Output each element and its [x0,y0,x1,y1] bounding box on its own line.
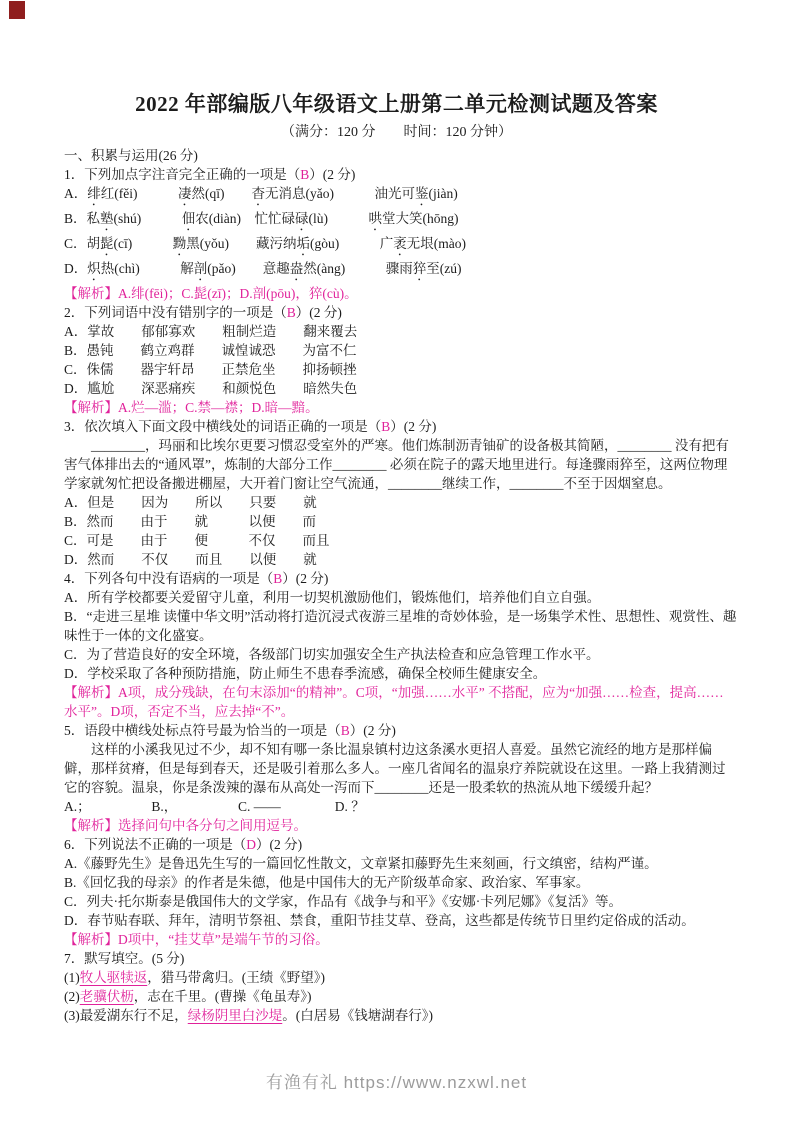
text-segment: ，猎马带禽归。(王绩《野望》) [147,970,325,985]
text-segment: 红(fěi) [101,186,178,201]
text-segment: C．为了营造良好的安全环境，各级部门切实加强安全生产执法检查和应急管理工作水平。 [64,647,600,662]
q3-passage: ________，玛丽和比埃尔更要习惯忍受室外的严寒。他们炼制沥青铀矿的设备极其… [64,436,737,493]
text-segment: (2) [64,989,80,1004]
answer-text: 【解析】A.绯(fēi)；C.髭(zī)；D.剖(pōu)，猝(cù)。 [64,286,358,301]
text-segment: 无消息(yǎo) 油光可 [265,186,415,201]
text-segment: 1．下列加点字注音完全正确的一项是（ [64,167,300,182]
text-segment: (pǎo) 意趣 [207,261,289,276]
text-segment: 。(白居易《钱塘湖春行》) [282,1008,433,1023]
q3-option-c: C．可是 由于 便 不仅 而且 [64,531,737,550]
emphasized-char: 炽 [87,261,101,276]
emphasized-char: 碌 [295,211,309,226]
answer-text: 【解析】A项，成分残缺，在句末添加“的精神”。C项，“加强……水平” 不搭配，应… [64,685,724,719]
text-segment: (gòu) 广 [310,236,393,251]
answer-text: 【解析】A.烂—滥；C.禁—襟；D.暗—黯。 [64,400,319,415]
text-segment: 然(qī) [191,186,251,201]
text-segment: ）(2 分) [282,571,328,586]
text-segment: (3)最爱湖东行不足， [64,1008,188,1023]
answer-text: B [381,419,390,434]
text-segment: 7．默写填空。(5 分) [64,951,184,966]
text-segment: A.《藤野先生》是鲁迅先生写的一篇回忆性散文，文章紧扣藤野先生来刻画，行文缜密，… [64,856,658,871]
emphasized-char: 凄 [178,186,192,201]
answer-text: 【解析】选择问句中各分句之间用逗号。 [64,818,307,833]
text-segment: (cī) [114,236,173,251]
emphasized-char: 绯 [87,186,101,201]
emphasized-char: 猝 [413,261,427,276]
text-segment: 至(zú) [426,261,461,276]
q1-option-b: B．私塾(shú) 佃农(diàn) 忙忙碌碌(lù) 哄堂大笑(hōng) [64,209,737,234]
question-3-stem: 3．依次填入下面文段中横线处的词语正确的一项是（B）(2 分) [64,417,737,436]
q6-option-b: B.《回忆我的母亲》的作者是朱德，他是中国伟大的无产阶级革命家、政治家、军事家。 [64,873,737,892]
q2-option-a: A．掌故 郁郁寡欢 粗制烂造 翻来覆去 [64,322,737,341]
emphasized-char: 垢 [297,236,311,251]
text-segment: C．列夫·托尔斯泰是俄国伟大的文学家，作品有《战争与和平》《安娜·卡列尼娜》《复… [64,894,622,909]
q6-option-a: A.《藤野先生》是鲁迅先生写的一篇回忆性散文，文章紧扣藤野先生来刻画，行文缜密，… [64,854,737,873]
text-segment: 6．下列说法不正确的一项是（ [64,837,246,852]
text-segment: ）(2 分) [309,167,355,182]
emphasized-char: 杳 [251,186,265,201]
q1-analysis: 【解析】A.绯(fēi)；C.髭(zī)；D.剖(pōu)，猝(cù)。 [64,284,737,303]
q2-option-b: B．愚钝 鹤立鸡群 诚惶诚恐 为富不仁 [64,341,737,360]
q7-blank-3: (3)最爱湖东行不足，绿杨阴里白沙堤。(白居易《钱塘湖春行》) [64,1006,737,1025]
q2-analysis: 【解析】A.烂—滥；C.禁—襟；D.暗—黯。 [64,398,737,417]
q2-option-c: C．侏儒 器宇轩昂 正禁危坐 抑扬顿挫 [64,360,737,379]
text-segment: 一、积累与运用(26 分) [64,148,198,163]
corner-red-mark [9,1,25,19]
text-segment: A.； B.， C. —— D. ？ [64,799,365,814]
q4-option-b: B．“走进三星堆 读懂中华文明”活动将打造沉浸式夜游三星堆的奇妙体验，是一场集学… [64,607,737,645]
document-page: 2022 年部编版八年级语文上册第二单元检测试题及答案 （满分：120 分 时间… [0,0,793,1122]
emphasized-char: 盎 [290,261,304,276]
emphasized-char: 袤 [393,236,407,251]
text-segment: D． [64,261,87,276]
text-segment: ）(2 分) [256,837,302,852]
text-segment: C．可是 由于 便 不仅 而且 [64,533,330,548]
question-5-stem: 5．语段中横线处标点符号最为恰当的一项是（B）(2 分) [64,721,737,740]
q2-option-d: D．尴尬 深恶痛疾 和颜悦色 暗然失色 [64,379,737,398]
exam-score-time-info: （满分：120 分 时间：120 分钟） [0,121,793,141]
q1-option-d: D．炽热(chì) 解剖(pǎo) 意趣盎然(àng) 骤雨猝至(zú) [64,259,737,284]
q3-option-a: A．但是 因为 所以 只要 就 [64,493,737,512]
question-1-stem: 1．下列加点字注音完全正确的一项是（B）(2 分) [64,165,737,184]
text-segment: ）(2 分) [296,305,342,320]
fill-in-answer: 绿杨阴里白沙堤 [188,1008,283,1023]
text-segment: A．但是 因为 所以 只要 就 [64,495,317,510]
emphasized-char: 剖 [194,261,208,276]
document-title: 2022 年部编版八年级语文上册第二单元检测试题及答案 [0,88,793,118]
q4-option-c: C．为了营造良好的安全环境，各级部门切实加强安全生产执法检查和应急管理工作水平。 [64,645,737,664]
emphasized-char: 佃 [182,211,196,226]
emphasized-char: 哄 [369,211,383,226]
text-segment: 无垠(mào) [407,236,466,251]
q5-passage: 这样的小溪我见过不少，却不知有哪一条比温泉镇村边这条溪水更招人喜爱。虽然它流经的… [64,740,737,797]
q3-option-d: D．然而 不仅 而且 以便 就 [64,550,737,569]
answer-text: B [273,571,282,586]
text-segment: 2．下列词语中没有错别字的一项是（ [64,305,287,320]
text-segment: ________，玛丽和比埃尔更要习惯忍受室外的严寒。他们炼制沥青铀矿的设备极其… [64,438,729,491]
text-segment: 这样的小溪我见过不少，却不知有哪一条比温泉镇村边这条溪水更招人喜爱。虽然它流经的… [64,742,726,795]
q3-option-b: B．然而 由于 就 以便 而 [64,512,737,531]
q6-option-d: D．春节贴春联、拜年，清明节祭祖、禁食，重阳节挂艾草、登高，这些都是传统节日里约… [64,911,737,930]
text-segment: 5．语段中横线处标点符号最为恰当的一项是（ [64,723,341,738]
text-segment: A．掌故 郁郁寡欢 粗制烂造 翻来覆去 [64,324,357,339]
emphasized-char: 塾 [100,211,114,226]
text-segment: ，志在千里。(曹操《龟虽寿》) [134,989,312,1004]
text-segment: 黑(yǒu) 藏污纳 [186,236,296,251]
emphasized-char: 黝 [173,236,187,251]
section-heading: 一、积累与运用(26 分) [64,146,737,165]
q6-analysis: 【解析】D项中，“挂艾草”是端午节的习俗。 [64,930,737,949]
q4-analysis: 【解析】A项，成分残缺，在句末添加“的精神”。C项，“加强……水平” 不搭配，应… [64,683,737,721]
answer-text: B [287,305,296,320]
answer-text: 【解析】D项中，“挂艾草”是端午节的习俗。 [64,932,329,947]
text-segment: (1) [64,970,80,985]
question-7-stem: 7．默写填空。(5 分) [64,949,737,968]
text-segment: ）(2 分) [350,723,396,738]
q7-blank-1: (1)牧人驱犊返，猎马带禽归。(王绩《野望》) [64,968,737,987]
text-segment: B.《回忆我的母亲》的作者是朱德，他是中国伟大的无产阶级革命家、政治家、军事家。 [64,875,589,890]
fill-in-answer: 老骥伏枥 [80,989,134,1004]
text-segment: (jiàn) [428,186,457,201]
text-segment: A． [64,186,87,201]
q7-blank-2: (2)老骥伏枥，志在千里。(曹操《龟虽寿》) [64,987,737,1006]
emphasized-char: 鉴 [415,186,429,201]
text-segment: ）(2 分) [390,419,436,434]
question-2-stem: 2．下列词语中没有错别字的一项是（B）(2 分) [64,303,737,322]
document-body: 一、积累与运用(26 分)1．下列加点字注音完全正确的一项是（B）(2 分)A．… [64,146,737,1025]
text-segment: 然(àng) 骤雨 [303,261,412,276]
text-segment: D．然而 不仅 而且 以便 就 [64,552,317,567]
text-segment: C．侏儒 器宇轩昂 正禁危坐 抑扬顿挫 [64,362,357,377]
text-segment: B．愚钝 鹤立鸡群 诚惶诚恐 为富不仁 [64,343,357,358]
text-segment: 农(diàn) 忙忙碌 [195,211,295,226]
q1-option-c: C．胡髭(cī) 黝黑(yǒu) 藏污纳垢(gòu) 广袤无垠(mào) [64,234,737,259]
text-segment: B．然而 由于 就 以便 而 [64,514,316,529]
q4-option-a: A．所有学校都要关爱留守儿童，利用一切契机激励他们，锻炼他们，培养他们自立自强。 [64,588,737,607]
answer-text: D [246,837,256,852]
text-segment: D．春节贴春联、拜年，清明节祭祖、禁食，重阳节挂艾草、登高，这些都是传统节日里约… [64,913,695,928]
q4-option-d: D．学校采取了各种预防措施，防止师生不患春季流感，确保全校师生健康安全。 [64,664,737,683]
q1-option-a: A．绯红(fěi) 凄然(qī) 杳无消息(yǎo) 油光可鉴(jiàn) [64,184,737,209]
fill-in-answer: 牧人驱犊返 [80,970,148,985]
text-segment: D．尴尬 深恶痛疾 和颜悦色 暗然失色 [64,381,357,396]
text-segment: 热(chì) 解 [101,261,194,276]
text-segment: (shú) [114,211,182,226]
answer-text: B [300,167,309,182]
q6-option-c: C．列夫·托尔斯泰是俄国伟大的文学家，作品有《战争与和平》《安娜·卡列尼娜》《复… [64,892,737,911]
text-segment: B．私 [64,211,100,226]
text-segment: 堂大笑(hōng) [382,211,459,226]
text-segment: 4．下列各句中没有语病的一项是（ [64,571,273,586]
question-6-stem: 6．下列说法不正确的一项是（D）(2 分) [64,835,737,854]
q5-options: A.； B.， C. —— D. ？ [64,797,737,816]
text-segment: A．所有学校都要关爱留守儿童，利用一切契机激励他们，锻炼他们，培养他们自立自强。 [64,590,600,605]
text-segment: B．“走进三星堆 读懂中华文明”活动将打造沉浸式夜游三星堆的奇妙体验，是一场集学… [64,609,736,643]
answer-text: B [341,723,350,738]
text-segment: 3．依次填入下面文段中横线处的词语正确的一项是（ [64,419,381,434]
text-segment: D．学校采取了各种预防措施，防止师生不患春季流感，确保全校师生健康安全。 [64,666,546,681]
emphasized-char: 髭 [100,236,114,251]
question-4-stem: 4．下列各句中没有语病的一项是（B）(2 分) [64,569,737,588]
page-footer-watermark: 有渔有礼 https://www.nzxwl.net [0,1068,793,1093]
text-segment: (lù) [309,211,369,226]
text-segment: C．胡 [64,236,100,251]
q5-analysis: 【解析】选择问句中各分句之间用逗号。 [64,816,737,835]
